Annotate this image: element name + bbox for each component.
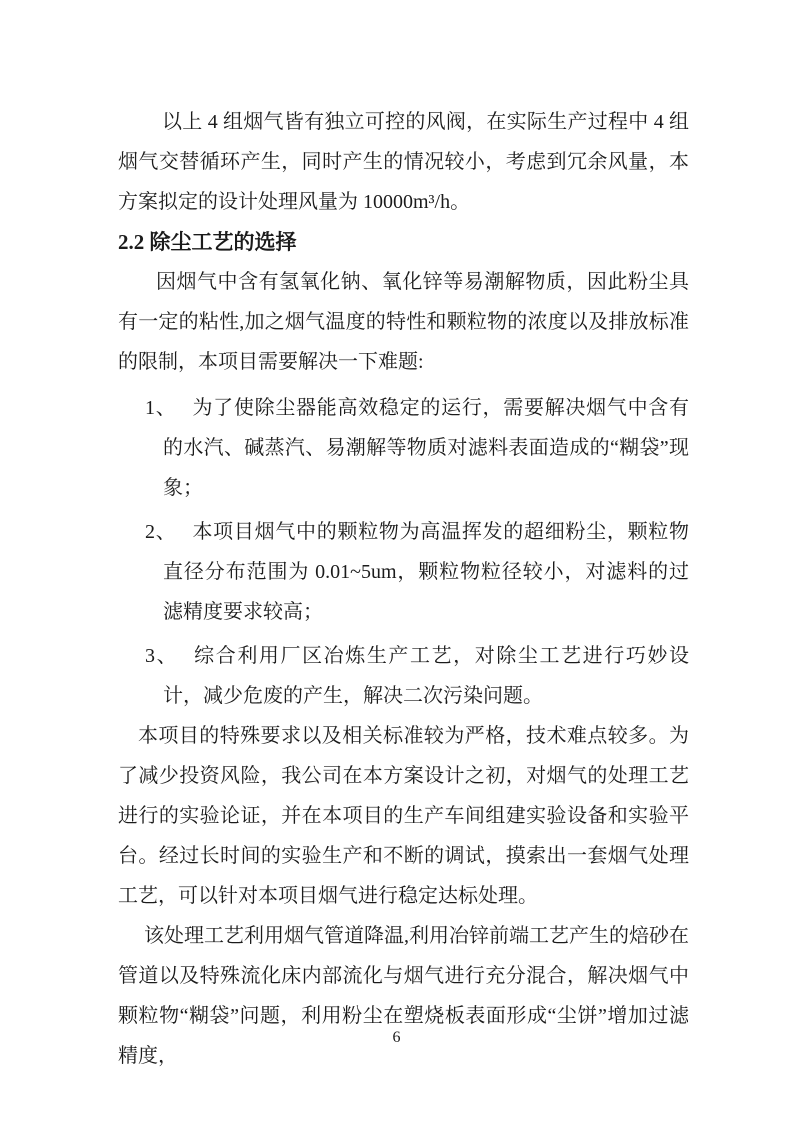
paragraph-process-description: 该处理工艺利用烟气管道降温,利用冶锌前端工艺产生的焙砂在管道以及特殊流化床内部流… (118, 916, 689, 1076)
page-number: 6 (0, 1028, 793, 1048)
paragraph-design-airflow: 以上 4 组烟气皆有独立可控的风阀，在实际生产过程中 4 组烟气交替循环产生，同… (118, 102, 689, 222)
list-item-text: 本项目烟气中的颗粒物为高温挥发的超细粉尘，颗粒物直径分布范围为 0.01~5um… (163, 521, 689, 623)
list-item: 3、综合利用厂区冶炼生产工艺，对除尘工艺进行巧妙设计，减少危废的产生，解决二次污… (163, 636, 689, 716)
list-item-number: 3、 (145, 645, 178, 667)
list-item-text: 综合利用厂区冶炼生产工艺，对除尘工艺进行巧妙设计，减少危废的产生，解决二次污染问… (163, 645, 689, 707)
list-item-number: 1、 (145, 397, 176, 419)
list-item-number: 2、 (145, 521, 176, 543)
list-item: 1、为了使除尘器能高效稳定的运行，需要解决烟气中含有的水汽、碱蒸汽、易潮解等物质… (163, 388, 689, 508)
paragraph-experiment-platform: 本项目的特殊要求以及相关标准较为严格，技术难点较多。为了减少投资风险，我公司在本… (118, 716, 689, 916)
numbered-list: 1、为了使除尘器能高效稳定的运行，需要解决烟气中含有的水汽、碱蒸汽、易潮解等物质… (118, 388, 689, 716)
document-page: 以上 4 组烟气皆有独立可控的风阀，在实际生产过程中 4 组烟气交替循环产生，同… (0, 0, 793, 1122)
list-item: 2、本项目烟气中的颗粒物为高温挥发的超细粉尘，颗粒物直径分布范围为 0.01~5… (163, 512, 689, 632)
list-item-text: 为了使除尘器能高效稳定的运行，需要解决烟气中含有的水汽、碱蒸汽、易潮解等物质对滤… (163, 397, 689, 499)
section-heading-2-2: 2.2 除尘工艺的选择 (118, 222, 689, 262)
paragraph-flue-gas-problems: 因烟气中含有氢氧化钠、氧化锌等易潮解物质，因此粉尘具有一定的粘性,加之烟气温度的… (118, 262, 689, 382)
document-body: 以上 4 组烟气皆有独立可控的风阀，在实际生产过程中 4 组烟气交替循环产生，同… (118, 0, 689, 1076)
